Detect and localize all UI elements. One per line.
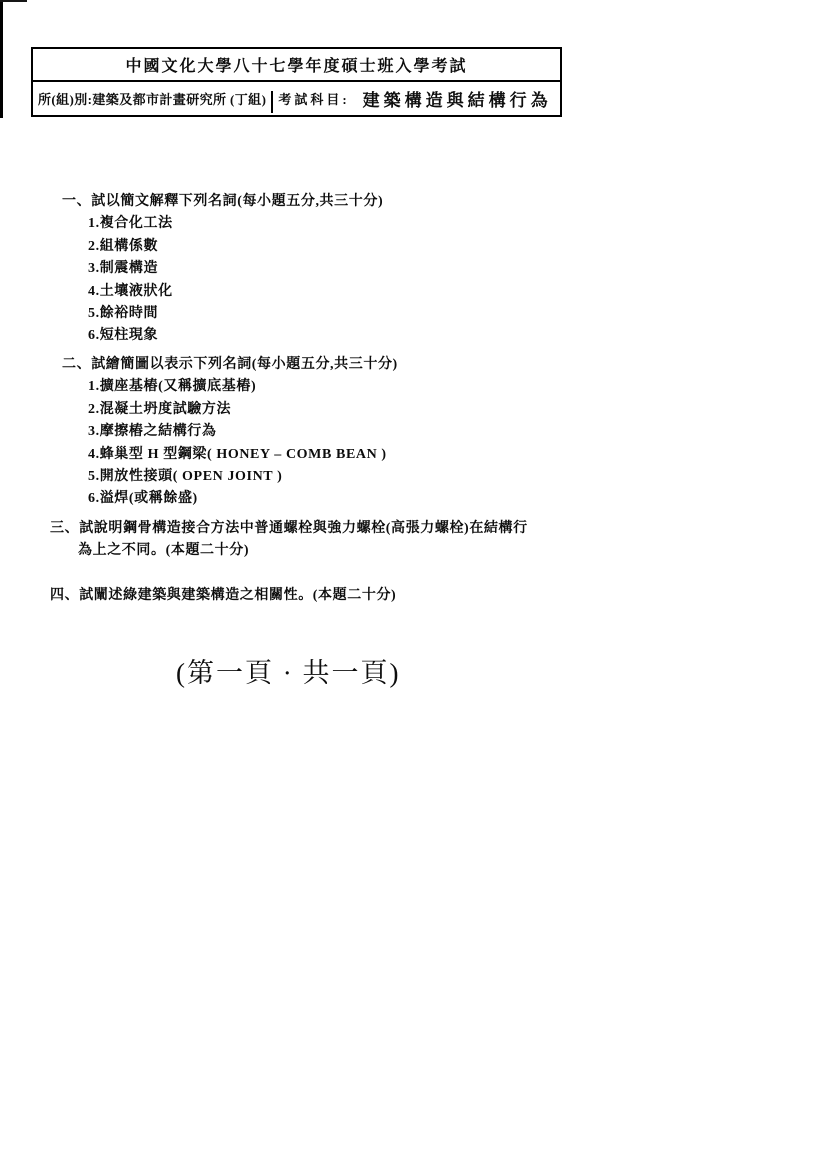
scan-fold-mark	[0, 0, 27, 2]
question-2-item: 4.蜂巢型 H 型鋼梁( HONEY – COMB BEAN )	[88, 444, 398, 466]
question-1-heading: 一、試以簡文解釋下列名詞(每小題五分,共三十分)	[62, 191, 383, 213]
scan-edge-artifact	[0, 0, 3, 118]
department-label: 所(組)別:	[38, 92, 92, 107]
question-1-item: 2.組構係數	[88, 236, 383, 258]
question-3-line2: 為上之不同。(本題二十分)	[78, 540, 528, 562]
department-field: 所(組)別:建築及都市計畫研究所 (丁組)	[38, 89, 266, 108]
question-1-items: 1.複合化工法 2.組構係數 3.制震構造 4.土壤液狀化 5.餘裕時間 6.短…	[88, 213, 383, 347]
question-3-line1: 三、試說明鋼骨構造接合方法中普通螺栓與強力螺栓(高張力螺栓)在結構行	[50, 518, 528, 540]
subject-label: 考試科目:	[278, 89, 349, 108]
question-4-heading: 四、試闡述綠建築與建築構造之相關性。(本題二十分)	[50, 585, 396, 607]
exam-paper-page: 中國文化大學八十七學年度碩士班入學考試 所(組)別:建築及都市計畫研究所 (丁組…	[0, 0, 816, 1150]
question-2-item: 3.摩擦樁之結構行為	[88, 421, 398, 443]
exam-title: 中國文化大學八十七學年度碩士班入學考試	[33, 49, 560, 82]
question-1-item: 6.短柱現象	[88, 325, 383, 347]
exam-header-info-row: 所(組)別:建築及都市計畫研究所 (丁組) 考試科目: 建築構造與結構行為	[33, 82, 560, 115]
question-4: 四、試闡述綠建築與建築構造之相關性。(本題二十分)	[50, 585, 396, 607]
question-3: 三、試說明鋼骨構造接合方法中普通螺栓與強力螺栓(高張力螺栓)在結構行 為上之不同…	[50, 518, 528, 563]
question-2-item: 2.混凝土坍度試驗方法	[88, 399, 398, 421]
question-2-item: 6.溢焊(或稱餘盛)	[88, 488, 398, 510]
question-2-item: 1.擴座基樁(又稱擴底基樁)	[88, 376, 398, 398]
page-indicator: (第一頁 · 共一頁)	[176, 651, 400, 690]
header-vertical-divider	[271, 91, 273, 113]
question-2: 二、試繪簡圖以表示下列名詞(每小題五分,共三十分) 1.擴座基樁(又稱擴底基樁)…	[62, 354, 398, 511]
question-1-item: 1.複合化工法	[88, 213, 383, 235]
question-1-item: 5.餘裕時間	[88, 303, 383, 325]
department-value: 建築及都市計畫研究所 (丁組)	[92, 92, 266, 107]
exam-header-box: 中國文化大學八十七學年度碩士班入學考試 所(組)別:建築及都市計畫研究所 (丁組…	[31, 47, 562, 117]
question-1-item: 3.制震構造	[88, 258, 383, 280]
question-2-item: 5.開放性接頭( OPEN JOINT )	[88, 466, 398, 488]
question-2-heading: 二、試繪簡圖以表示下列名詞(每小題五分,共三十分)	[62, 354, 398, 376]
question-2-items: 1.擴座基樁(又稱擴底基樁) 2.混凝土坍度試驗方法 3.摩擦樁之結構行為 4.…	[88, 376, 398, 510]
question-1: 一、試以簡文解釋下列名詞(每小題五分,共三十分) 1.複合化工法 2.組構係數 …	[62, 191, 383, 348]
subject-value: 建築構造與結構行為	[363, 86, 552, 111]
question-1-item: 4.土壤液狀化	[88, 281, 383, 303]
